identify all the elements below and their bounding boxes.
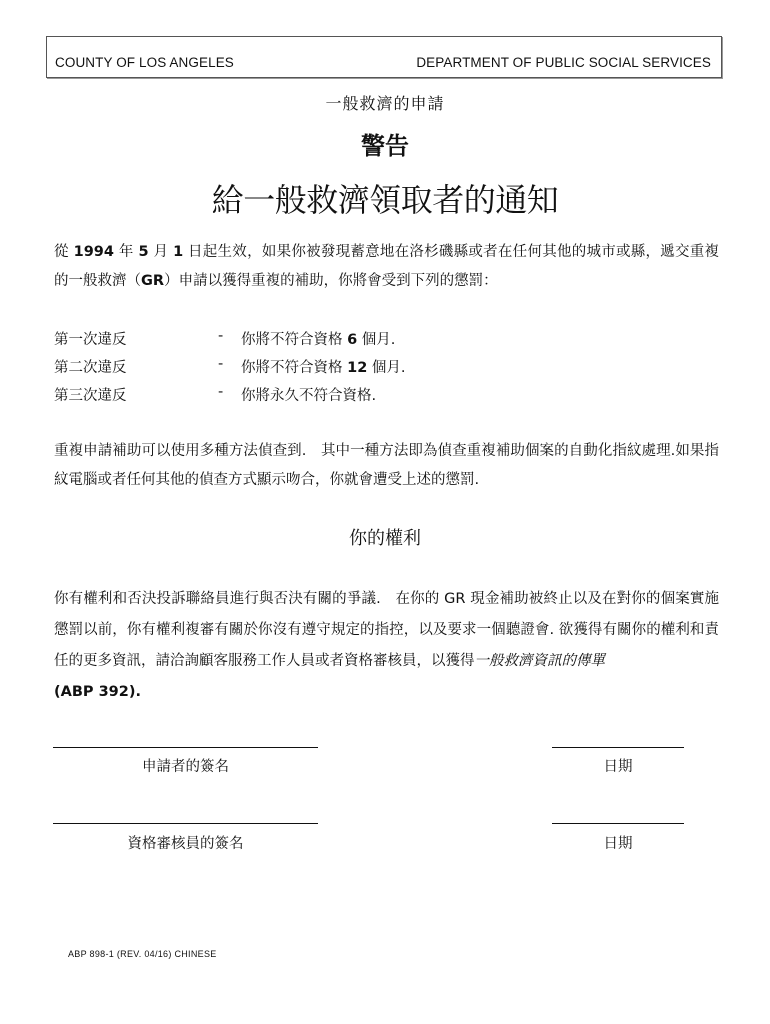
warning-heading: 警告 [0,126,770,161]
worker-signature-line[interactable] [53,823,318,824]
violation-label: 第三次違反 [54,384,127,405]
penalty-row-second: 第二次違反 - 你將不符合資格 12 個月. [54,356,714,376]
applicant-signature-line[interactable] [53,747,318,748]
dash-separator: - [218,384,223,400]
effective-year: 1994 [74,244,114,260]
intro-text: 年 [114,244,139,260]
worker-signature-label: 資格審核員的簽名 [53,832,318,853]
dash-separator: - [218,356,223,372]
penalty-text: 你將不符合資格 [241,332,347,348]
rights-heading: 你的權利 [0,524,770,550]
penalty-description: 你將不符合資格 6 個月. [241,328,395,349]
effective-month: 5 [138,244,148,260]
intro-paragraph: 從 1994 年 5 月 1 日起生效，如果你被發現蓄意地在洛杉磯縣或者在任何其… [54,238,719,296]
penalty-text: 個月. [357,332,395,348]
penalty-text: 個月. [367,360,405,376]
penalty-description: 你將永久不符合資格. [241,384,376,405]
applicant-date-label: 日期 [552,755,684,776]
applicant-date-line[interactable] [552,747,684,748]
intro-text: ）申請以獲得重複的補助，你將會受到下列的懲罰： [164,273,498,289]
rights-text: 你有權利和否決投訴聯絡員進行與否決有關的爭議. 在你的 GR 現金補助被終止以及… [54,591,719,669]
penalty-months: 12 [347,360,367,376]
worker-date-line[interactable] [552,823,684,824]
applicant-signature-label: 申請者的簽名 [53,755,318,776]
penalty-months: 6 [347,332,357,348]
worker-date-label: 日期 [552,832,684,853]
pamphlet-title: 一般救濟資訊的傳單 [475,653,606,669]
effective-day: 1 [173,244,183,260]
detection-paragraph: 重複申請補助可以使用多種方法偵查到. 其中一種方法即為偵查重複補助個案的自動化指… [54,437,719,495]
page-title: 給一般救濟領取者的通知 [0,175,770,221]
violation-label: 第二次違反 [54,356,127,377]
header-box: COUNTY OF LOS ANGELES DEPARTMENT OF PUBL… [46,36,722,78]
penalty-row-third: 第三次違反 - 你將永久不符合資格. [54,384,714,404]
dash-separator: - [218,328,223,344]
intro-text: 月 [149,244,174,260]
department-name: DEPARTMENT OF PUBLIC SOCIAL SERVICES [416,55,711,70]
form-id: ABP 898-1 (REV. 04/16) CHINESE [68,949,217,959]
penalty-text: 你將不符合資格 [241,360,347,376]
intro-text: 從 [54,244,74,260]
penalty-description: 你將不符合資格 12 個月. [241,356,406,377]
penalty-row-first: 第一次違反 - 你將不符合資格 6 個月. [54,328,714,348]
gr-abbrev: GR [141,273,164,289]
county-name: COUNTY OF LOS ANGELES [55,55,234,70]
violation-label: 第一次違反 [54,328,127,349]
pamphlet-code: (ABP 392). [54,684,141,700]
rights-paragraph: 你有權利和否決投訴聯絡員進行與否決有關的爭議. 在你的 GR 現金補助被終止以及… [54,584,719,708]
penalty-text: 你將永久不符合資格. [241,388,376,404]
form-subtitle: 一般救濟的申請 [0,91,770,114]
